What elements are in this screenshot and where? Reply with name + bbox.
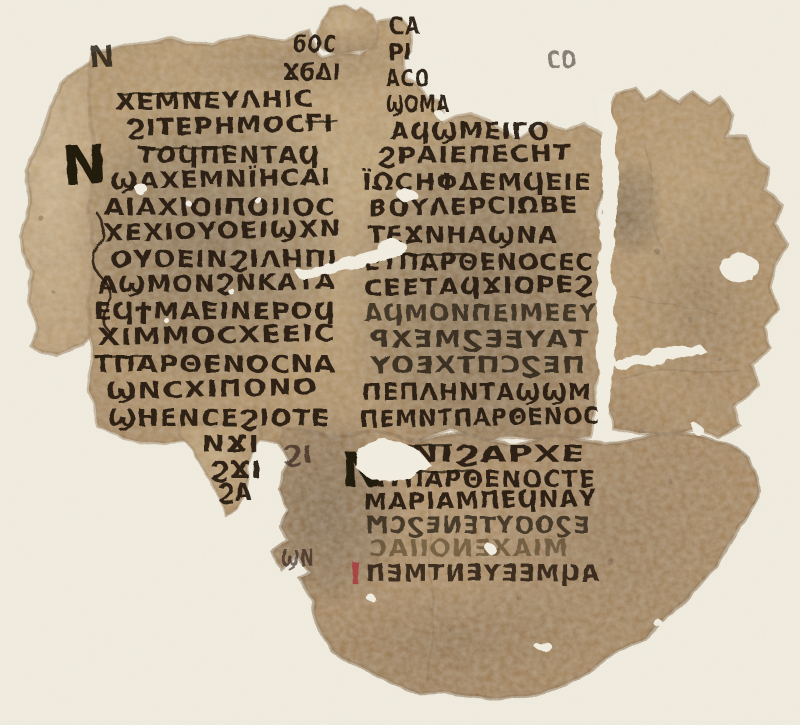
coptic-text-line: ΑϤΜΟΝΠΕΙΜΕΕΥ [364,301,597,327]
coptic-text-line: ΧΕΧΙΟΥΟΕΙϢΧΝ [104,216,342,247]
coptic-text-line: ϨΙ [283,442,313,468]
hole [378,240,408,258]
marginal-initial: Ν [88,39,116,76]
hole [185,200,191,206]
coptic-text-line: ϹΑ [389,14,421,40]
coptic-text-line: ϨΙΤΕΡΗΜΟϹΓΙ [125,111,334,142]
hole [166,320,171,325]
hole [654,619,662,627]
coptic-text-line-mirrored: ΠΕϨϹΠΤΧΕΟΥ [369,353,585,379]
coptic-text-line: ΑϹΟ [386,66,430,92]
coptic-text-line: ϬΟϹ [293,32,337,58]
hole [720,254,760,282]
rubricated-initial: Ι [350,557,362,592]
hole [485,543,495,553]
marginal-initial: Ν [60,133,109,198]
hole [398,190,418,202]
coptic-text-line-mirrored: ΤΑΥΕΕϨΜΕΧΡ [368,327,588,353]
coptic-text-line: ΜΑΡΙΑΜΠΕϤΝΑΥ [364,486,597,516]
coptic-text-line: ϪϬΔΙ [283,60,341,86]
hole [136,184,148,196]
coptic-text-line: ϹΕΕΤΑϤϪΙΟΡΕϨ [364,272,594,302]
hole [368,595,376,603]
coptic-text-line: ϢΗΕΝϹΕϨΙΟΤΕ [108,406,330,432]
coptic-text-line: ϹΟ [547,48,577,74]
hole [534,643,552,650]
manuscript-photo: ϬΟϹ ϪϬΔΙ ΧΕΜΝΕΥΛΗΙϹ ϨΙΤΕΡΗΜΟϹΓΙ ΤΟϤΠΕΝΤΑ… [0,0,800,725]
coptic-text-line: ΠΕΠΛΗΝΤΑϢϢΜ [362,380,592,406]
coptic-text-line-mirrored: ΜΙΑΧΕΝΟΙΙΑϹ [368,536,568,562]
coptic-text-line-mirrored: ΑϤΜΕΕΥΕΝΤΜΕΠ [365,561,600,587]
coptic-text-line: ΡΙ [388,40,412,66]
coptic-text-line: ϨΡΑΙΕΠΕϹΗΤ [377,141,572,170]
coptic-text-line: ϢΝϹΧΙΠΟΝΟ [106,375,318,405]
stain [625,175,775,425]
coptic-text-line: ϢΝ [281,546,315,572]
hole [437,112,445,120]
coptic-text-line: ΝϪΙ [202,432,260,458]
coptic-text-line: ΧΙΜΜΟϹΧΕΕΙϹ [98,321,336,351]
coptic-text-line: ϨΑ [218,480,252,506]
hole [230,290,236,296]
coptic-text-line: ΠΕΜΝΤΠΑΡΘΕΝΟϹ [360,404,600,433]
hole [692,424,702,434]
hole [255,197,262,204]
